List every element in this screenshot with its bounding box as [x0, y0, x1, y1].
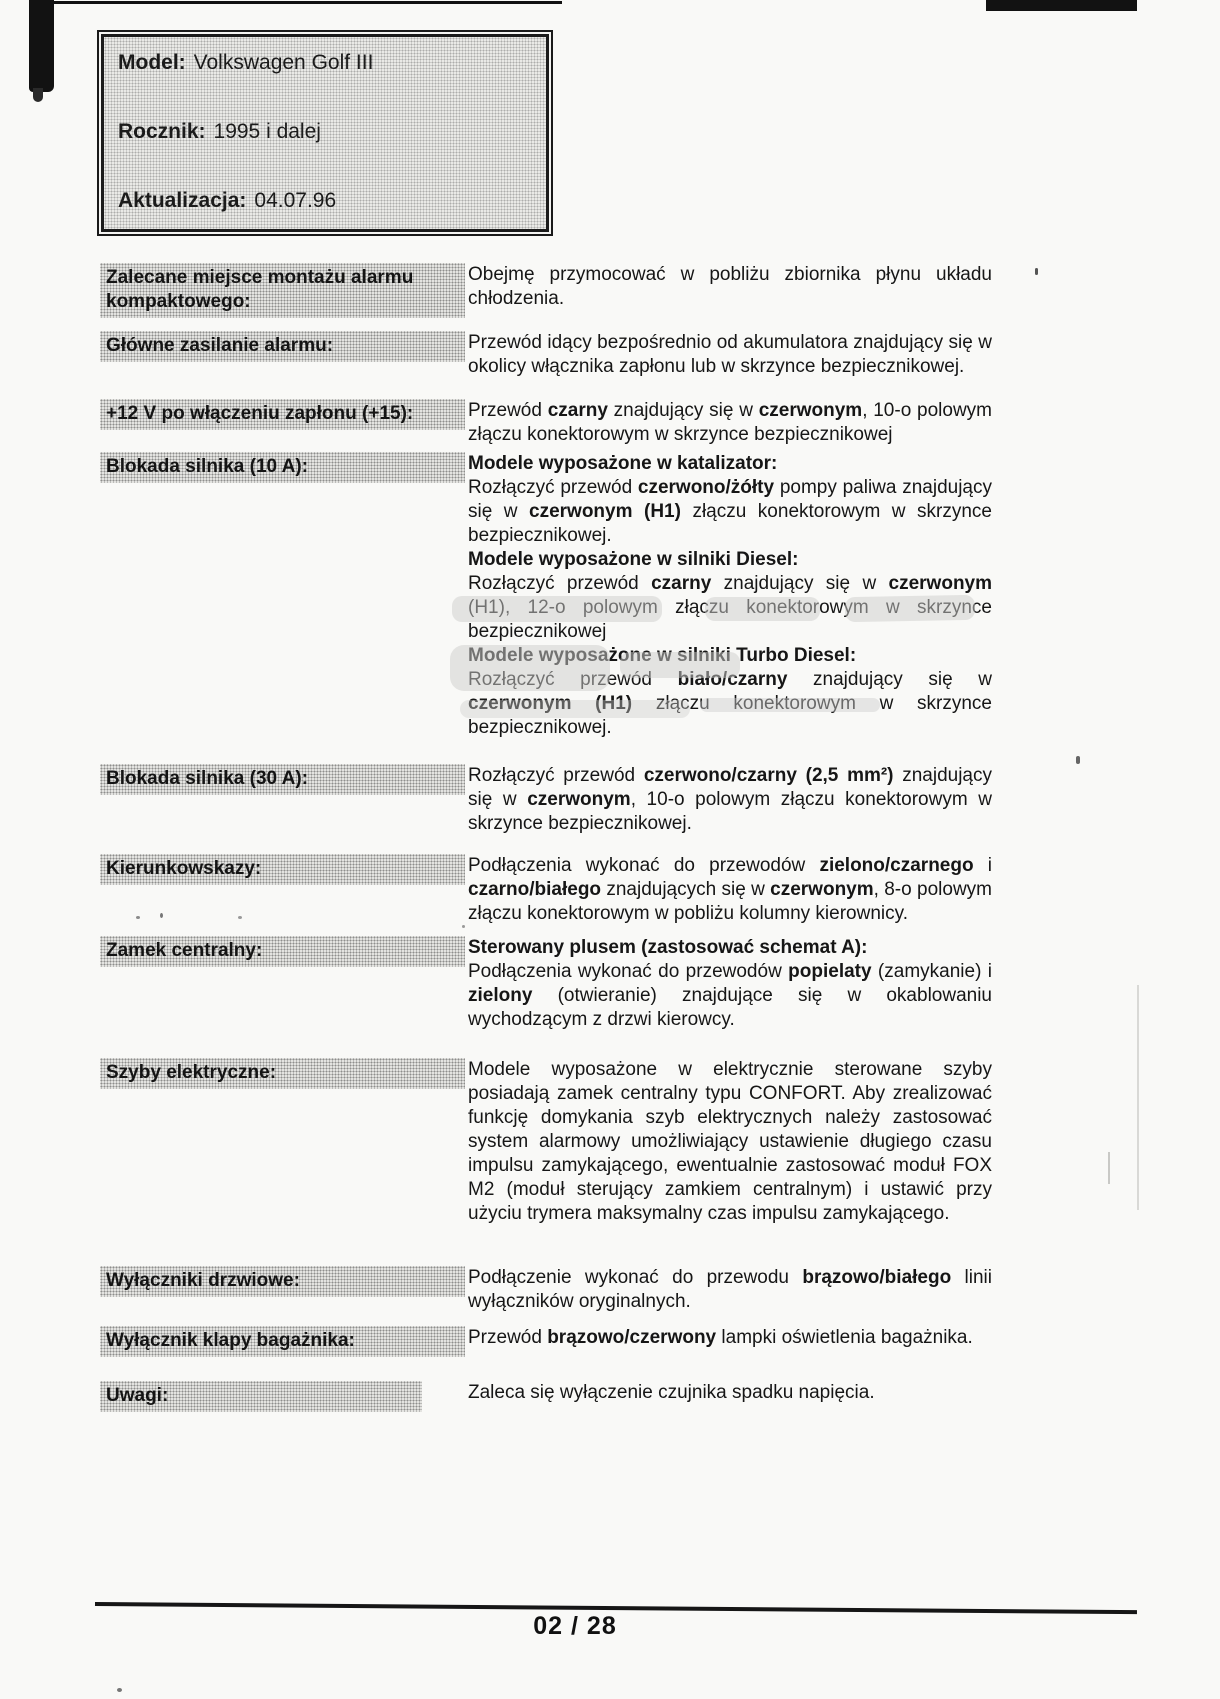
spec-value: Przewód idący bezpośrednio od akumulator… — [468, 331, 992, 379]
year-label: Rocznik: — [118, 120, 206, 143]
spec-row: Zamek centralny: Sterowany plusem (zasto… — [100, 936, 992, 1032]
year-row: Rocznik:1995 i dalej — [118, 120, 530, 144]
text-segment: czerwonym — [889, 573, 992, 594]
spec-label: Wyłącznik klapy bagażnika: — [100, 1326, 465, 1357]
scan-smudge — [845, 595, 975, 622]
spec-label: Wyłączniki drzwiowe: — [100, 1266, 465, 1297]
scan-artifact-top-right — [986, 0, 1137, 11]
spec-row: Wyłączniki drzwiowe: Podłączenie wykonać… — [100, 1266, 992, 1314]
paragraph: Podłączenia wykonać do przewodów popiela… — [468, 960, 992, 1032]
paragraph: Modele wyposażone w katalizator: — [468, 452, 992, 476]
text-segment: Modele wyposażone w silniki Diesel: — [468, 549, 798, 570]
text-segment: Rozłączyć przewód — [468, 573, 651, 594]
spec-value: Obejmę przymocować w pobliżu zbiornika p… — [468, 263, 992, 318]
spec-label: +12 V po włączeniu zapłonu (+15): — [100, 399, 465, 430]
spec-value: Rozłączyć przewód czerwono/czarny (2,5 m… — [468, 764, 992, 836]
model-value: Volkswagen Golf III — [194, 51, 374, 74]
spec-label: Kierunkowskazy: — [100, 854, 465, 885]
text-segment: i — [974, 855, 992, 876]
spec-label-column: Uwagi: — [100, 1381, 468, 1412]
text-segment: Obejmę przymocować w pobliżu zbiornika p… — [468, 264, 992, 309]
vehicle-info-inner: Model:Volkswagen Golf III Rocznik:1995 i… — [101, 34, 549, 232]
spec-value: Modele wyposażone w elektrycznie sterowa… — [468, 1058, 992, 1226]
spec-value: Zaleca się wyłączenie czujnika spadku na… — [468, 1381, 992, 1412]
text-segment: Sterowany plusem (zastosować schemat A): — [468, 937, 867, 958]
paragraph: Modele wyposażone w elektrycznie sterowa… — [468, 1058, 992, 1226]
spec-label: Zalecane miejsce montażu alarmu kompakto… — [100, 263, 465, 318]
spec-label-column: Zalecane miejsce montażu alarmu kompakto… — [100, 263, 468, 318]
paragraph: Przewód czarny znajdujący się w czerwony… — [468, 399, 992, 447]
text-segment: Przewód — [468, 400, 548, 421]
spec-value: Podłączenia wykonać do przewodów zielono… — [468, 854, 992, 926]
spec-label-column: Zamek centralny: — [100, 936, 468, 1032]
spec-row: Uwagi: Zaleca się wyłączenie czujnika sp… — [100, 1381, 992, 1412]
spec-label-column: Kierunkowskazy: — [100, 854, 468, 926]
text-segment: Podłączenia wykonać do przewodów — [468, 855, 819, 876]
text-segment: Modele wyposażone w katalizator: — [468, 453, 777, 474]
spec-row: Kierunkowskazy: Podłączenia wykonać do p… — [100, 854, 992, 926]
spec-label: Szyby elektryczne: — [100, 1058, 465, 1089]
spec-label: Blokada silnika (10 A): — [100, 452, 465, 483]
spec-row: Zalecane miejsce montażu alarmu kompakto… — [100, 263, 992, 318]
text-segment: brązowo/czerwony — [547, 1327, 716, 1348]
scan-faint-line — [1137, 985, 1139, 1210]
scan-artifact-left-tail — [33, 88, 43, 102]
scan-faint-line — [1108, 1152, 1110, 1184]
spec-value: Przewód brązowo/czerwony lampki oświetle… — [468, 1326, 992, 1357]
vehicle-info-box: Model:Volkswagen Golf III Rocznik:1995 i… — [97, 30, 553, 236]
text-segment: Modele wyposażone w elektrycznie sterowa… — [468, 1059, 992, 1224]
spec-label-column: Szyby elektryczne: — [100, 1058, 468, 1226]
text-segment: czarny — [651, 573, 711, 594]
paragraph: Podłączenie wykonać do przewodu brązowo/… — [468, 1266, 992, 1314]
text-segment: lampki oświetlenia bagażnika. — [716, 1327, 973, 1348]
text-segment: czerwono/żółty — [638, 477, 774, 498]
scan-smudge — [452, 596, 662, 622]
text-segment: znajdujący się w — [711, 573, 888, 594]
paragraph: Rozłączyć przewód czerwono/żółty pompy p… — [468, 476, 992, 548]
spec-row: Szyby elektryczne: Modele wyposażone w e… — [100, 1058, 992, 1226]
spec-row: Główne zasilanie alarmu: Przewód idący b… — [100, 331, 992, 379]
year-value: 1995 i dalej — [214, 120, 321, 143]
paragraph: Sterowany plusem (zastosować schemat A): — [468, 936, 992, 960]
scan-smudge — [705, 597, 820, 621]
text-segment: znajdujących się w — [601, 879, 770, 900]
text-segment: czerwonym (H1) — [529, 501, 681, 522]
paragraph: Przewód brązowo/czerwony lampki oświetle… — [468, 1326, 992, 1350]
scan-artifact-top-line — [54, 1, 562, 4]
spec-row: Wyłącznik klapy bagażnika: Przewód brązo… — [100, 1326, 992, 1357]
update-value: 04.07.96 — [254, 189, 336, 212]
paragraph: Zaleca się wyłączenie czujnika spadku na… — [468, 1381, 992, 1405]
text-segment: czerwono/czarny (2,5 mm²) — [644, 765, 894, 786]
spec-value: Przewód czarny znajdujący się w czerwony… — [468, 399, 992, 447]
spec-label-column: +12 V po włączeniu zapłonu (+15): — [100, 399, 468, 447]
spec-row: Blokada silnika (30 A): Rozłączyć przewó… — [100, 764, 992, 836]
text-segment: popielaty — [788, 961, 871, 982]
paragraph: Obejmę przymocować w pobliżu zbiornika p… — [468, 263, 992, 311]
text-segment: (otwieranie) znajdujące się w okablowani… — [468, 985, 992, 1030]
scan-smudge — [620, 652, 740, 678]
paragraph: Podłączenia wykonać do przewodów zielono… — [468, 854, 992, 926]
paragraph: Modele wyposażone w silniki Diesel: — [468, 548, 992, 572]
spec-value: Sterowany plusem (zastosować schemat A):… — [468, 936, 992, 1032]
update-row: Aktualizacja:04.07.96 — [118, 189, 530, 213]
paragraph: Przewód idący bezpośrednio od akumulator… — [468, 331, 992, 379]
scan-artifact-left-bar — [29, 0, 54, 92]
text-segment: brązowo/białego — [802, 1267, 951, 1288]
scan-speck — [1035, 268, 1038, 275]
spec-label-column: Wyłącznik klapy bagażnika: — [100, 1326, 468, 1357]
spec-label: Uwagi: — [100, 1381, 422, 1412]
scan-smudge — [460, 700, 690, 718]
spec-table: Zalecane miejsce montażu alarmu kompakto… — [100, 263, 992, 1412]
scan-smudge — [700, 698, 880, 712]
text-segment: Podłączenie wykonać do przewodu — [468, 1267, 802, 1288]
text-segment: zielono/czarnego — [819, 855, 973, 876]
text-segment: czarno/białego — [468, 879, 601, 900]
text-segment: zielony — [468, 985, 532, 1006]
model-row: Model:Volkswagen Golf III — [118, 51, 530, 75]
text-segment: Przewód idący bezpośrednio od akumulator… — [468, 332, 992, 377]
spec-label-column: Blokada silnika (30 A): — [100, 764, 468, 836]
text-segment: znajdujący się w — [787, 669, 992, 690]
spec-row: +12 V po włączeniu zapłonu (+15): Przewó… — [100, 399, 992, 447]
scan-speck — [117, 1688, 122, 1692]
spec-label: Blokada silnika (30 A): — [100, 764, 465, 795]
text-segment: czerwonym — [527, 789, 630, 810]
text-segment: znajdujący się w — [608, 400, 759, 421]
spec-label-column: Wyłączniki drzwiowe: — [100, 1266, 468, 1314]
model-label: Model: — [118, 51, 186, 74]
text-segment: czerwonym — [759, 400, 862, 421]
text-segment: czerwonym — [770, 879, 873, 900]
text-segment: Rozłączyć przewód — [468, 765, 644, 786]
text-segment: Zaleca się wyłączenie czujnika spadku na… — [468, 1382, 875, 1403]
text-segment: czarny — [548, 400, 608, 421]
page: Model:Volkswagen Golf III Rocznik:1995 i… — [0, 0, 1220, 1699]
update-label: Aktualizacja: — [118, 189, 246, 212]
spec-label: Zamek centralny: — [100, 936, 465, 967]
scan-smudge — [450, 645, 610, 691]
paragraph: Rozłączyć przewód czerwono/czarny (2,5 m… — [468, 764, 992, 836]
scanned-document-page: { "colors": { "paper": "#f9f9f7", "ink":… — [0, 0, 1220, 1699]
text-segment: Podłączenia wykonać do przewodów — [468, 961, 788, 982]
spec-label-column: Blokada silnika (10 A): — [100, 452, 468, 740]
text-segment: (zamykanie) i — [872, 961, 992, 982]
scan-speck — [1076, 756, 1080, 764]
spec-label: Główne zasilanie alarmu: — [100, 331, 465, 362]
spec-label-column: Główne zasilanie alarmu: — [100, 331, 468, 379]
spec-value: Podłączenie wykonać do przewodu brązowo/… — [468, 1266, 992, 1314]
text-segment: Przewód — [468, 1327, 547, 1348]
page-number: 02 / 28 — [95, 1612, 1055, 1641]
text-segment: Rozłączyć przewód — [468, 477, 638, 498]
